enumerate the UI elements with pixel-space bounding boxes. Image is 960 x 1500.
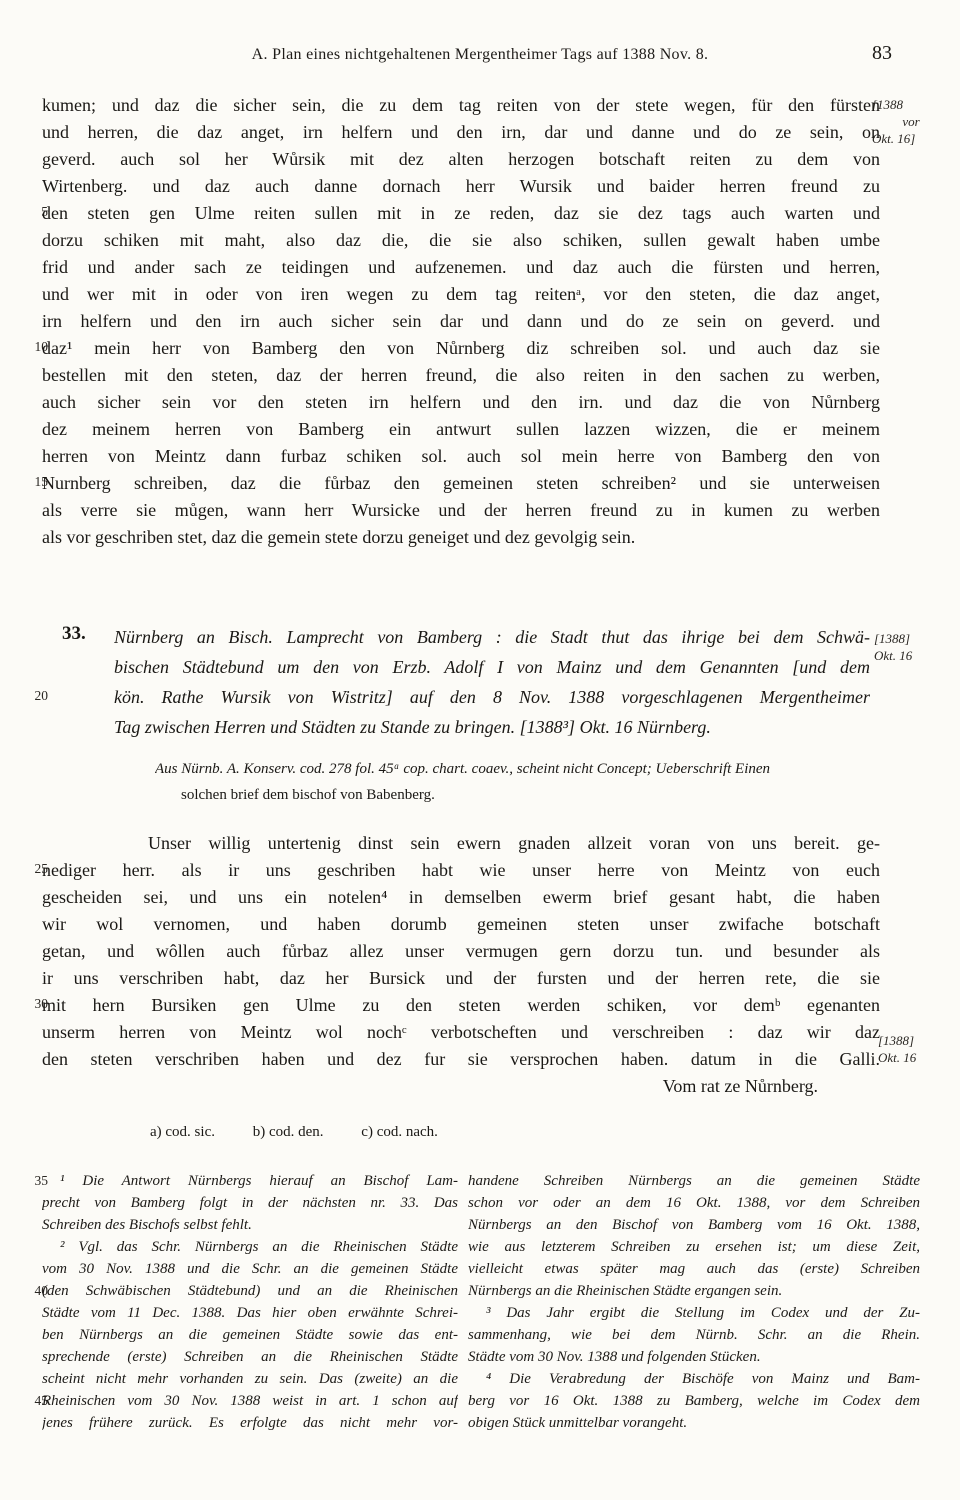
footnote-line: ben Nürnbergs an die gemeinen Städte sow… (42, 1324, 458, 1346)
footnotes-left-column: ¹ Die Antwort Nürnbergs hierauf an Bisch… (42, 1170, 458, 1434)
footnote-line: wie aus letzterem Schreiben zu ersehen i… (468, 1236, 920, 1258)
text-line: als verre sie můgen, wann herr Wursicke … (42, 497, 880, 524)
source-note-line: solchen brief dem bischof von Babenberg. (155, 782, 882, 808)
footnote-line: schon vor oder an dem 16 Okt. 1388, vor … (468, 1192, 920, 1214)
heading-line: Tag zwischen Herren und Städten zu Stand… (114, 712, 870, 742)
text-line: herren von Meintz dann furbaz schiken so… (42, 443, 880, 470)
text-line: wir wol vernomen, und haben dorumb gemei… (42, 911, 880, 938)
document-a-text: kumen; und daz die sicher sein, die zu d… (42, 92, 880, 551)
text-line: mit hern Bursiken gen Ulme zu den steten… (42, 992, 880, 1019)
margin-note-line: Okt. 16 (874, 647, 952, 664)
footnote-line: Schreiben des Bischofs selbst fehlt. (42, 1214, 458, 1236)
letter-closing: Vom rat ze Nůrnberg. (42, 1073, 880, 1100)
footnote-line: Städte vom 11 Dec. 1388. Das hier oben e… (42, 1302, 458, 1324)
footnote-line: (den Schwäbischen Städtebund) und an die… (42, 1280, 458, 1302)
document-number: 33. (62, 623, 86, 645)
footnote-line: sprechende (erste) Schreiben an die Rhei… (42, 1346, 458, 1368)
text-line: geverd. auch sol her Wůrsik mit dez alte… (42, 146, 880, 173)
margin-note-line: [1388] (874, 630, 952, 647)
margin-note-line: Okt. 16] (872, 130, 950, 147)
margin-date-note: [1388 vor Okt. 16] (872, 96, 950, 147)
footnote-line: Nürnbergs an die Rheinischen Städte erga… (468, 1280, 920, 1302)
heading-line: Nürnberg an Bisch. Lamprecht von Bamberg… (114, 622, 870, 652)
heading-line: kön. Rathe Wursik von Wistritz] auf den … (114, 682, 870, 712)
text-line: Wirtenberg. und daz auch danne dornach h… (42, 173, 880, 200)
text-line: nediger herr. als ir uns geschriben habt… (42, 857, 880, 884)
source-note: Aus Nürnb. A. Konserv. cod. 278 fol. 45ᵃ… (155, 756, 882, 808)
text-line: und herren, die daz anget, irn helfern u… (42, 119, 880, 146)
text-line: Nurnberg schreiben, daz die fůrbaz den g… (42, 470, 880, 497)
heading-line: bischen Städtebund um den von Erzb. Adol… (114, 652, 870, 682)
margin-line-number: 20 (22, 688, 48, 704)
margin-note-line: [1388] (878, 1032, 956, 1049)
text-line: gescheiden sei, und uns ein notelen⁴ in … (42, 884, 880, 911)
text-line: kumen; und daz die sicher sein, die zu d… (42, 92, 880, 119)
text-line: ir uns verschriben habt, daz her Bursick… (42, 965, 880, 992)
footnote-line: ¹ Die Antwort Nürnbergs hierauf an Bisch… (42, 1170, 458, 1192)
footnote-line: vom 30 Nov. 1388 und die Schr. an die ge… (42, 1258, 458, 1280)
text-line: Unser willig untertenig dinst sein ewern… (42, 830, 880, 857)
document-33-heading: Nürnberg an Bisch. Lamprecht von Bamberg… (114, 622, 870, 742)
footnote-line: vielleicht etwas später mag auch das (er… (468, 1258, 920, 1280)
text-line: irn helfern und den irn auch sicher sein… (42, 308, 880, 335)
text-line: auch sicher sein vor den steten irn helf… (42, 389, 880, 416)
apparatus-item: a) cod. sic. (150, 1124, 215, 1140)
footnote-line: Städte vom 30 Nov. 1388 und folgenden St… (468, 1346, 920, 1368)
footnote-line: precht von Bamberg folgt in der nächsten… (42, 1192, 458, 1214)
footnote-line: Nürnbergs an den Bischof von Bamberg vom… (468, 1214, 920, 1236)
page-number: 83 (872, 42, 892, 65)
book-page-scan: A. Plan eines nichtgehaltenen Mergenthei… (0, 0, 960, 1500)
margin-date-note: [1388] Okt. 16 (874, 630, 952, 664)
footnote-line: jenes frühere zurück. Es erfolgte das ni… (42, 1412, 458, 1434)
footnote-line: ³ Das Jahr ergibt die Stellung im Codex … (468, 1302, 920, 1324)
footnote-line: berg vor 16 Okt. 1388 zu Bamberg, welche… (468, 1390, 920, 1412)
letter-text: Unser willig untertenig dinst sein ewern… (42, 830, 880, 1100)
apparatus-item: c) cod. nach. (361, 1124, 438, 1140)
source-note-line: Aus Nürnb. A. Konserv. cod. 278 fol. 45ᵃ… (155, 756, 882, 782)
margin-note-line: vor (872, 113, 950, 130)
footnote-line: Rheinischen vom 30 Nov. 1388 weist in ar… (42, 1390, 458, 1412)
text-line: und wer mit in oder von iren wegen zu de… (42, 281, 880, 308)
text-line: den steten gen Ulme reiten sullen mit in… (42, 200, 880, 227)
text-line: daz¹ mein herr von Bamberg den von Nůrnb… (42, 335, 880, 362)
footnotes-right-column: handene Schreiben Nürnbergs an die gemei… (468, 1170, 920, 1434)
text-line: unserm herren von Meintz wol nochᶜ verbo… (42, 1019, 880, 1046)
margin-date-note: [1388] Okt. 16 (878, 1032, 956, 1066)
footnote-line: obigen Stück unmittelbar vorangeht. (468, 1412, 920, 1434)
text-line: als vor geschriben stet, daz die gemein … (42, 524, 880, 551)
text-line: dorzu schiken mit maht, also daz die, di… (42, 227, 880, 254)
text-line: frid und ander sach ze teidingen und auf… (42, 254, 880, 281)
footnote-line: sammenhang, wie bei dem Nürnb. Schr. an … (468, 1324, 920, 1346)
running-head-title: A. Plan eines nichtgehaltenen Mergenthei… (0, 46, 960, 64)
text-line: den steten verschriben haben und dez fur… (42, 1046, 880, 1073)
text-line: dez meinem herren von Bamberg ein antwur… (42, 416, 880, 443)
text-line: bestellen mit den steten, daz der herren… (42, 362, 880, 389)
footnote-line: scheint nicht mehr vorhanden zu sein. Da… (42, 1368, 458, 1390)
text-line: getan, und wôllen auch fůrbaz allez unse… (42, 938, 880, 965)
margin-note-line: [1388 (872, 96, 950, 113)
margin-note-line: Okt. 16 (878, 1049, 956, 1066)
critical-apparatus: a) cod. sic. b) cod. den. c) cod. nach. (150, 1124, 472, 1141)
footnote-line: ² Vgl. das Schr. Nürnbergs an die Rheini… (42, 1236, 458, 1258)
footnote-line: handene Schreiben Nürnbergs an die gemei… (468, 1170, 920, 1192)
footnote-line: ⁴ Die Verabredung der Bischöfe von Mainz… (468, 1368, 920, 1390)
apparatus-item: b) cod. den. (253, 1124, 324, 1140)
